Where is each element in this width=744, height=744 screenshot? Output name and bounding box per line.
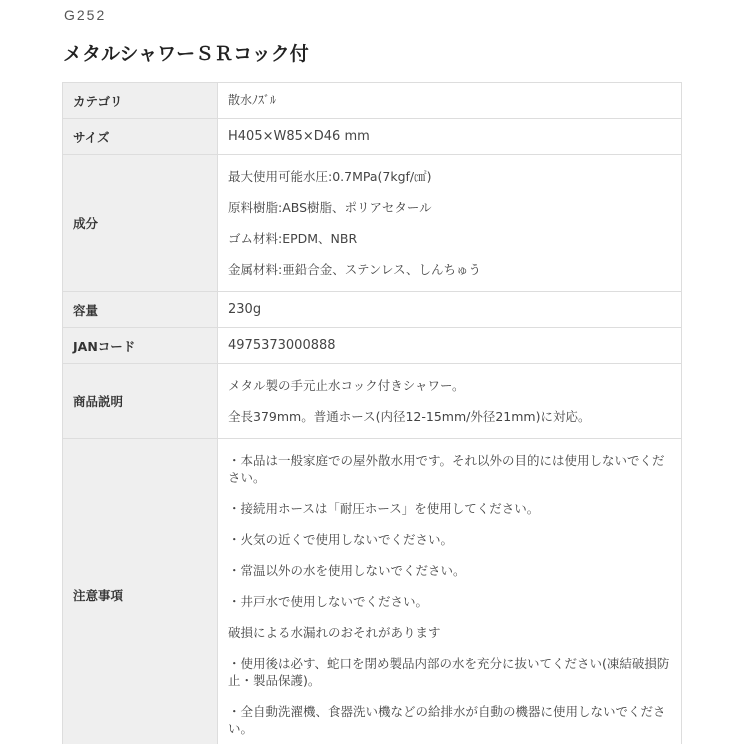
spec-value-line: 全長379mm。普通ホース(内径12-15mm/外径21mm)に対応。 bbox=[228, 401, 671, 432]
spec-value: ・本品は一般家庭での屋外散水用です。それ以外の目的には使用しないでください。 ・… bbox=[218, 439, 682, 744]
spec-value-line: 散水ﾉｽﾞﾙ bbox=[228, 92, 671, 109]
spec-label: 商品説明 bbox=[63, 364, 218, 439]
spec-value: H405×W85×D46 mm bbox=[218, 119, 682, 155]
spec-value: 4975373000888 bbox=[218, 328, 682, 364]
spec-label: JANコード bbox=[63, 328, 218, 364]
spec-row-size: サイズ H405×W85×D46 mm bbox=[63, 119, 682, 155]
spec-value-line: 原料樹脂:ABS樹脂、ポリアセタール bbox=[228, 192, 671, 223]
spec-value-line: 金属材料:亜鉛合金、ステンレス、しんちゅう bbox=[228, 254, 671, 285]
spec-value-line: 最大使用可能水圧:0.7MPa(7kgf/㎠) bbox=[228, 161, 671, 192]
spec-label: サイズ bbox=[63, 119, 218, 155]
spec-value-line: 4975373000888 bbox=[228, 337, 671, 354]
spec-table: カテゴリ 散水ﾉｽﾞﾙ サイズ H405×W85×D46 mm 成分 最大使用可… bbox=[62, 82, 682, 744]
product-code: G252 bbox=[64, 7, 106, 23]
spec-value-line: ・全自動洗濯機、食器洗い機などの給排水が自動の機器に使用しないでください。 bbox=[228, 696, 671, 744]
spec-value-line: ・使用後は必す、蛇口を閉め製品内部の水を充分に抜いてください(凍結破損防止・製品… bbox=[228, 648, 671, 696]
spec-value-line: ゴム材料:EPDM、NBR bbox=[228, 223, 671, 254]
spec-value: 230g bbox=[218, 292, 682, 328]
spec-label: 成分 bbox=[63, 155, 218, 292]
spec-value-line: ・常温以外の水を使用しないでください。 bbox=[228, 555, 671, 586]
spec-value: 散水ﾉｽﾞﾙ bbox=[218, 83, 682, 119]
spec-row-precautions: 注意事項 ・本品は一般家庭での屋外散水用です。それ以外の目的には使用しないでくだ… bbox=[63, 439, 682, 744]
spec-value-line: ・本品は一般家庭での屋外散水用です。それ以外の目的には使用しないでください。 bbox=[228, 445, 671, 493]
spec-label: 注意事項 bbox=[63, 439, 218, 744]
spec-row-category: カテゴリ 散水ﾉｽﾞﾙ bbox=[63, 83, 682, 119]
spec-row-jan: JANコード 4975373000888 bbox=[63, 328, 682, 364]
spec-row-materials: 成分 最大使用可能水圧:0.7MPa(7kgf/㎠) 原料樹脂:ABS樹脂、ポリ… bbox=[63, 155, 682, 292]
spec-row-weight: 容量 230g bbox=[63, 292, 682, 328]
spec-value-line: ・火気の近くで使用しないでください。 bbox=[228, 524, 671, 555]
spec-value-line: メタル製の手元止水コック付きシャワー。 bbox=[228, 370, 671, 401]
spec-value-line: 230g bbox=[228, 301, 671, 318]
spec-value-line: ・接続用ホースは「耐圧ホース」を使用してください。 bbox=[228, 493, 671, 524]
spec-value-line: 破損による水漏れのおそれがあります bbox=[228, 617, 671, 648]
spec-label: 容量 bbox=[63, 292, 218, 328]
spec-label: カテゴリ bbox=[63, 83, 218, 119]
product-title: メタルシャワーＳＲコック付 bbox=[63, 39, 309, 66]
spec-value-line: ・井戸水で使用しないでください。 bbox=[228, 586, 671, 617]
spec-value: 最大使用可能水圧:0.7MPa(7kgf/㎠) 原料樹脂:ABS樹脂、ポリアセタ… bbox=[218, 155, 682, 292]
spec-row-description: 商品説明 メタル製の手元止水コック付きシャワー。 全長379mm。普通ホース(内… bbox=[63, 364, 682, 439]
spec-value-line: H405×W85×D46 mm bbox=[228, 128, 671, 145]
spec-value: メタル製の手元止水コック付きシャワー。 全長379mm。普通ホース(内径12-1… bbox=[218, 364, 682, 439]
